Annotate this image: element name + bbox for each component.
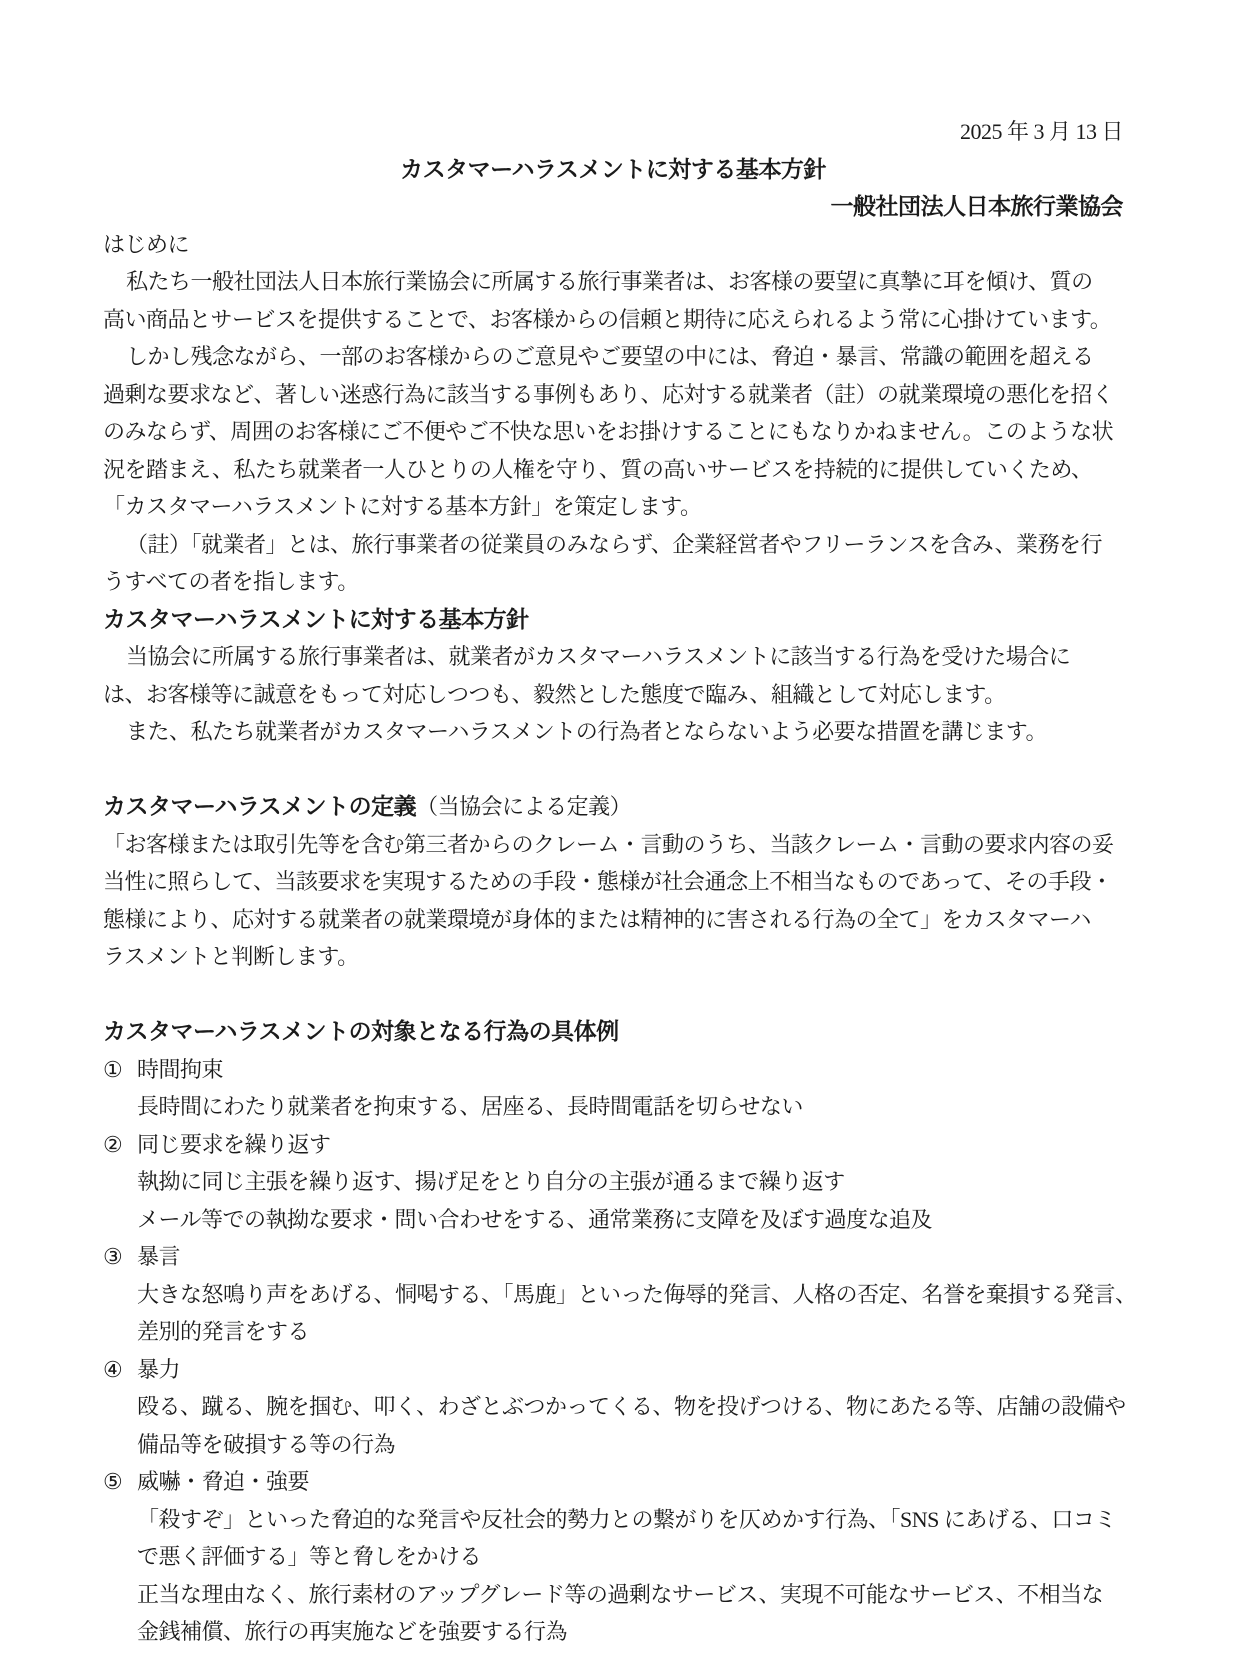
policy-paragraph-line: は、お客様等に誠意をもって対応しつつも、毅然とした態度で臨み、組織として対応しま… xyxy=(103,676,1123,714)
list-item: ③暴言 xyxy=(103,1238,1123,1276)
definition-body-line: 態様により、応対する就業者の就業環境が身体的または精神的に害される行為の全て」を… xyxy=(103,901,1123,939)
list-item-label: 暴力 xyxy=(137,1357,180,1382)
blank-line xyxy=(103,976,1123,1014)
intro-paragraph-line: 高い商品とサービスを提供することで、お客様からの信頼と期待に応えられるよう常に心… xyxy=(103,301,1123,339)
list-item-detail: 「殺すぞ」といった脅迫的な発言や反社会的勢力との繋がりを仄めかす行為、「SNS … xyxy=(103,1501,1123,1539)
intro-paragraph-line: 況を踏まえ、私たち就業者一人ひとりの人権を守り、質の高いサービスを持続的に提供し… xyxy=(103,451,1123,489)
list-item-detail: 殴る、蹴る、腕を掴む、叩く、わざとぶつかってくる、物を投げつける、物にあたる等、… xyxy=(103,1388,1123,1426)
section-heading-definition: カスタマーハラスメントの定義（当協会による定義） xyxy=(103,788,1123,826)
section-heading-intro: はじめに xyxy=(103,226,1123,264)
organization-name: 一般社団法人日本旅行業協会 xyxy=(103,188,1123,226)
circled-number-5: ⑤ xyxy=(103,1463,137,1501)
list-item-detail: 差別的発言をする xyxy=(103,1313,1123,1351)
policy-paragraph-line: また、私たち就業者がカスタマーハラスメントの行為者とならないよう必要な措置を講じ… xyxy=(103,713,1123,751)
definition-body-line: 「お客様または取引先等を含む第三者からのクレーム・言動のうち、当該クレーム・言動… xyxy=(103,826,1123,864)
list-item-label: 暴言 xyxy=(137,1244,180,1269)
section-heading-examples: カスタマーハラスメントの対象となる行為の具体例 xyxy=(103,1013,1123,1051)
list-item: ④暴力 xyxy=(103,1351,1123,1389)
definition-body-line: ラスメントと判断します。 xyxy=(103,938,1123,976)
intro-paragraph-line: 「カスタマーハラスメントに対する基本方針」を策定します。 xyxy=(103,488,1123,526)
intro-paragraph-line: 過剰な要求など、著しい迷惑行為に該当する事例もあり、応対する就業者（註）の就業環… xyxy=(103,376,1123,414)
document-date: 2025 年 3 月 13 日 xyxy=(103,113,1123,151)
document-title: カスタマーハラスメントに対する基本方針 xyxy=(103,151,1123,189)
list-item: ⑤威嚇・脅迫・強要 xyxy=(103,1463,1123,1501)
document-page: 2025 年 3 月 13 日 カスタマーハラスメントに対する基本方針 一般社団… xyxy=(0,0,1241,1657)
list-item: ①時間拘束 xyxy=(103,1051,1123,1089)
list-item-label: 時間拘束 xyxy=(137,1057,223,1082)
intro-note-line: （註）「就業者」とは、旅行事業者の従業員のみならず、企業経営者やフリーランスを含… xyxy=(103,526,1123,564)
list-item-detail: 備品等を破損する等の行為 xyxy=(103,1426,1123,1464)
circled-number-2: ② xyxy=(103,1126,137,1164)
intro-paragraph-line: のみならず、周囲のお客様にご不便やご不快な思いをお掛けすることにもなりかねません… xyxy=(103,413,1123,451)
list-item-label: 同じ要求を繰り返す xyxy=(137,1132,331,1157)
list-item-detail: 執拗に同じ主張を繰り返す、揚げ足をとり自分の主張が通るまで繰り返す xyxy=(103,1163,1123,1201)
intro-paragraph-line: 私たち一般社団法人日本旅行業協会に所属する旅行事業者は、お客様の要望に真摯に耳を… xyxy=(103,263,1123,301)
circled-number-3: ③ xyxy=(103,1238,137,1276)
list-item-detail: 金銭補償、旅行の再実施などを強要する行為 xyxy=(103,1613,1123,1651)
definition-body-line: 当性に照らして、当該要求を実現するための手段・態様が社会通念上不相当なものであっ… xyxy=(103,863,1123,901)
document-content: 2025 年 3 月 13 日 カスタマーハラスメントに対する基本方針 一般社団… xyxy=(103,113,1123,1651)
blank-line xyxy=(103,751,1123,789)
intro-paragraph-line: しかし残念ながら、一部のお客様からのご意見やご要望の中には、脅迫・暴言、常識の範… xyxy=(103,338,1123,376)
list-item-detail: 長時間にわたり就業者を拘束する、居座る、長時間電話を切らせない xyxy=(103,1088,1123,1126)
list-item-detail: 正当な理由なく、旅行素材のアップグレード等の過剰なサービス、実現不可能なサービス… xyxy=(103,1576,1123,1614)
list-item-detail: メール等での執拗な要求・問い合わせをする、通常業務に支障を及ぼす過度な追及 xyxy=(103,1201,1123,1239)
definition-heading-suffix: （当協会による定義） xyxy=(416,794,631,819)
policy-paragraph-line: 当協会に所属する旅行事業者は、就業者がカスタマーハラスメントに該当する行為を受け… xyxy=(103,638,1123,676)
definition-heading-bold: カスタマーハラスメントの定義 xyxy=(103,793,416,819)
list-item-detail: 大きな怒鳴り声をあげる、恫喝する、「馬鹿」といった侮辱的発言、人格の否定、名誉を… xyxy=(103,1276,1123,1314)
section-heading-policy: カスタマーハラスメントに対する基本方針 xyxy=(103,601,1123,639)
intro-note-line: うすべての者を指します。 xyxy=(103,563,1123,601)
list-item-detail: で悪く評価する」等と脅しをかける xyxy=(103,1538,1123,1576)
list-item: ②同じ要求を繰り返す xyxy=(103,1126,1123,1164)
list-item-label: 威嚇・脅迫・強要 xyxy=(137,1469,309,1494)
circled-number-1: ① xyxy=(103,1051,137,1089)
circled-number-4: ④ xyxy=(103,1351,137,1389)
